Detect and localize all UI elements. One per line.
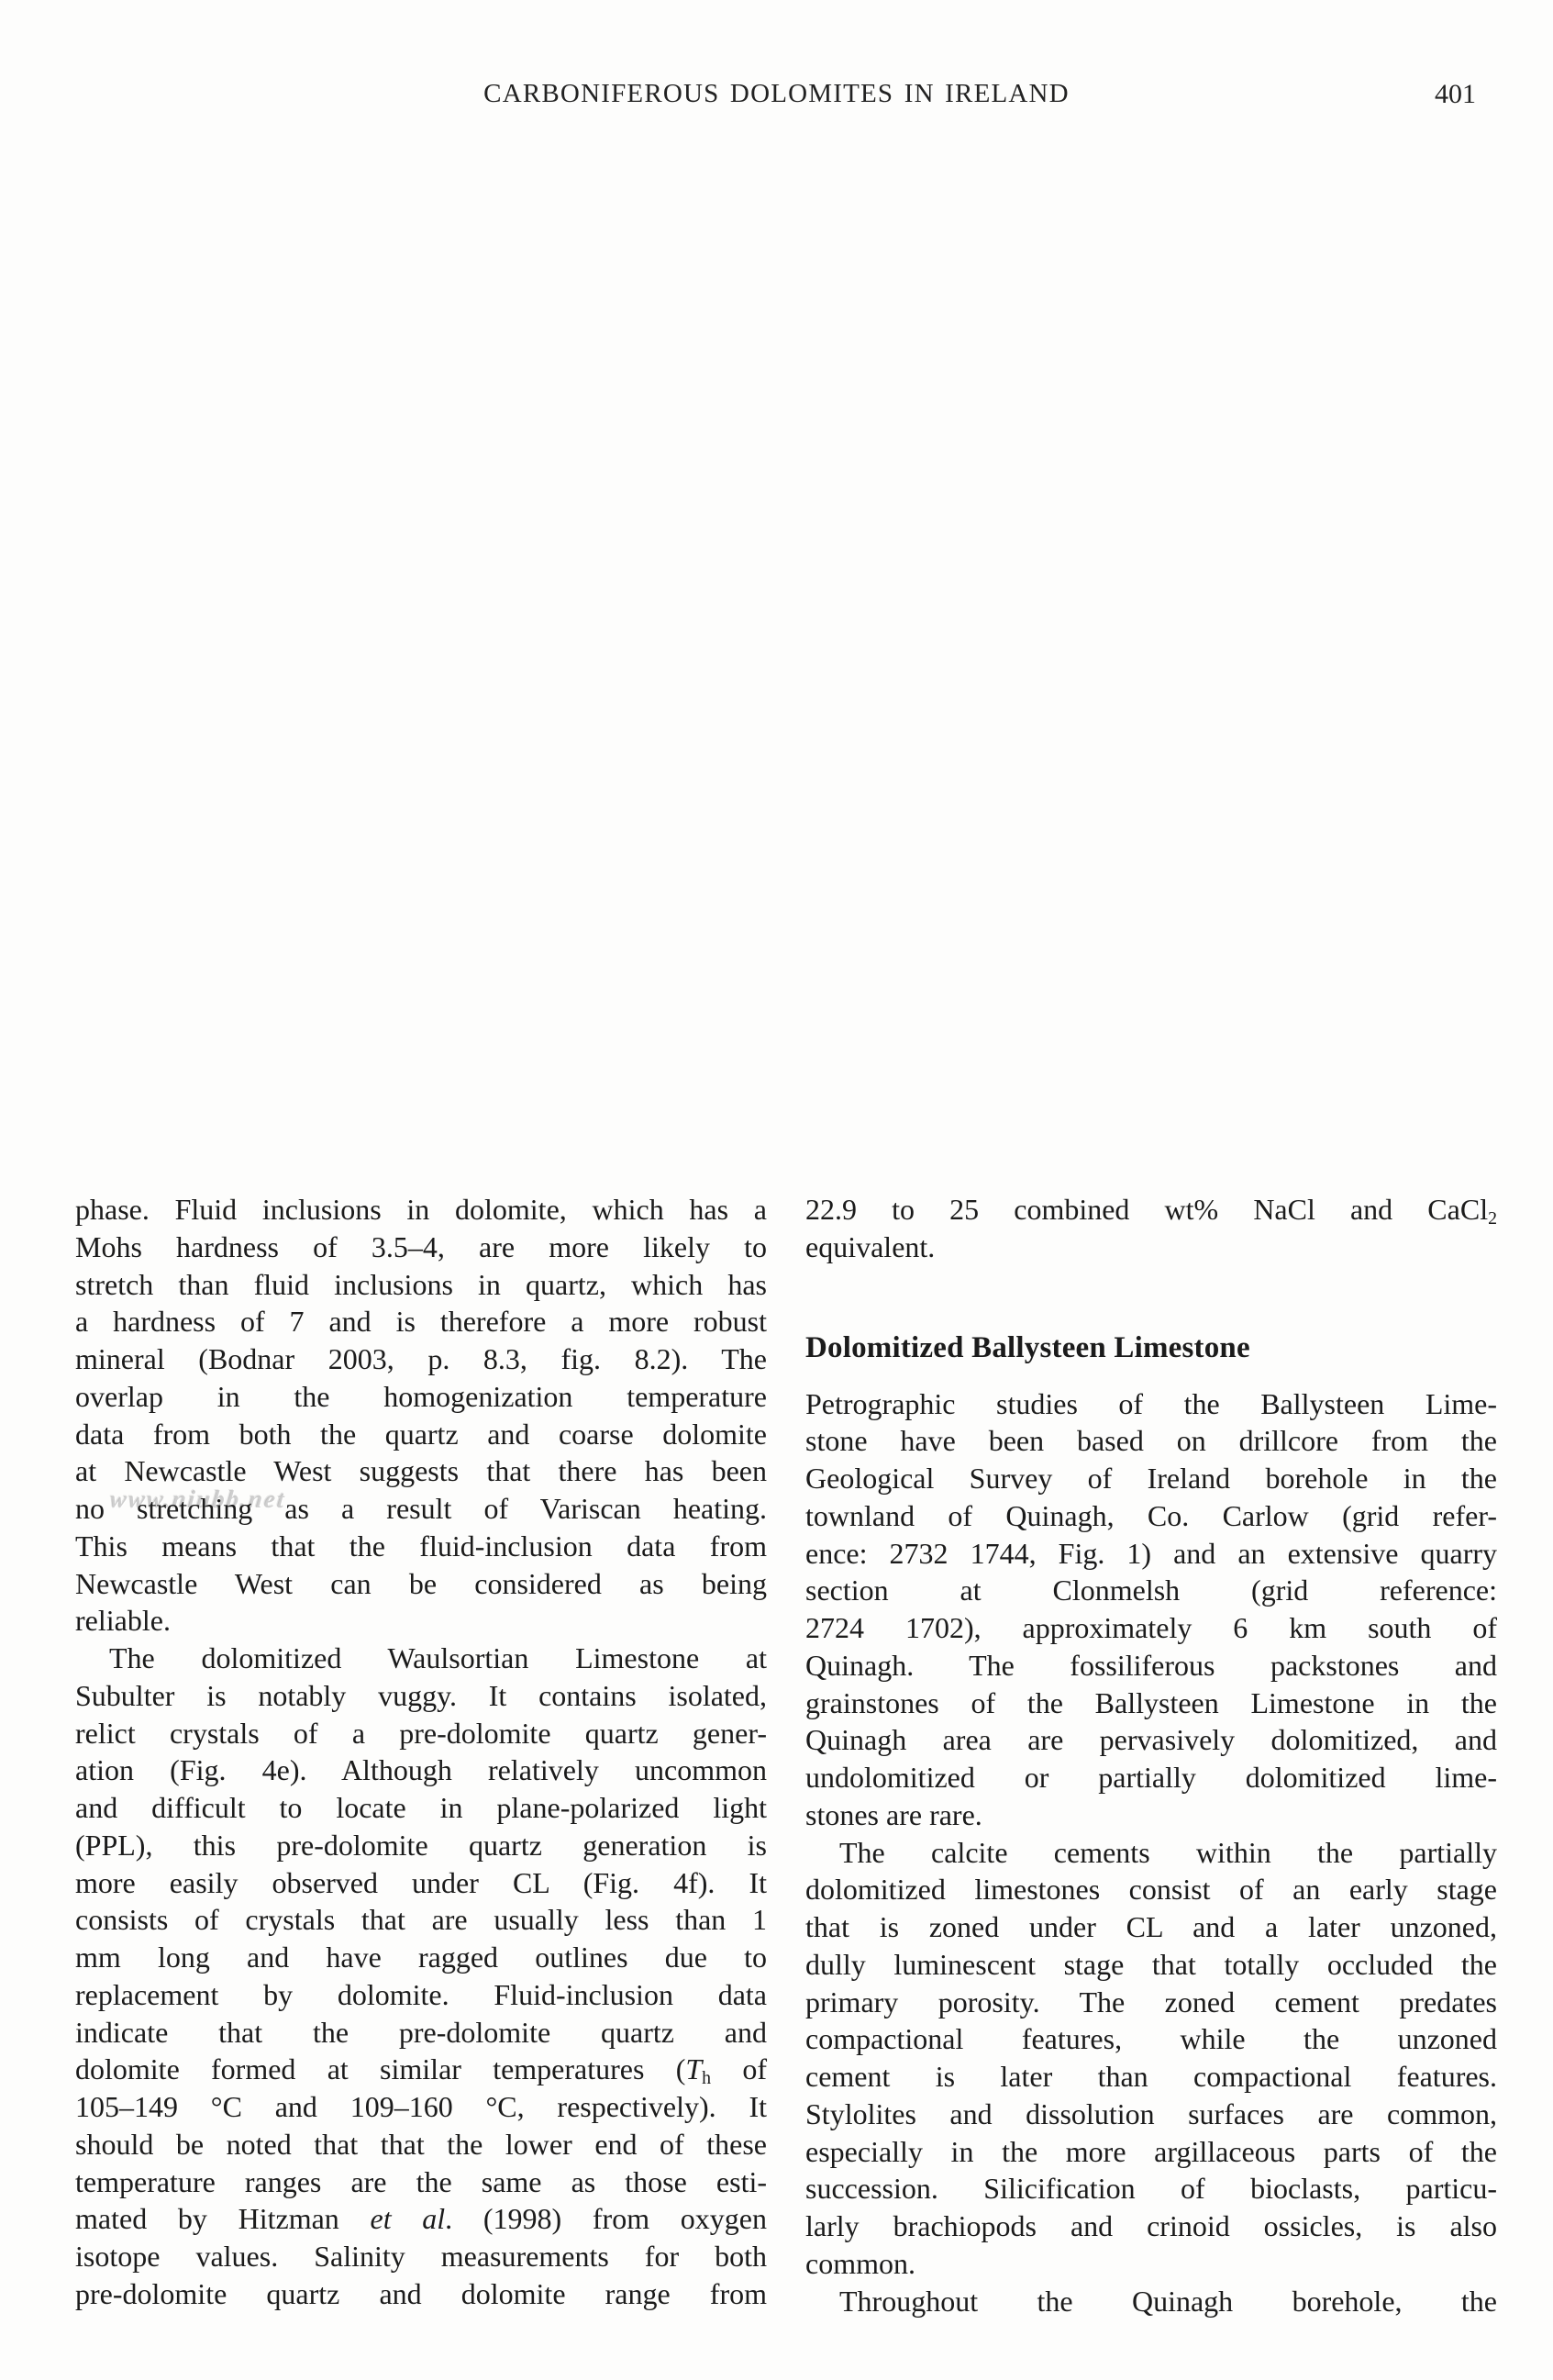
text-line: ation (Fig. 4e). Although relatively unc… bbox=[75, 1752, 767, 1789]
plain-text: . (1998) from oxygen bbox=[445, 2202, 767, 2235]
text-line: reliable. bbox=[75, 1602, 767, 1640]
text-line: townland of Quinagh, Co. Carlow (grid re… bbox=[805, 1497, 1497, 1535]
text-line: and difficult to locate in plane-polariz… bbox=[75, 1789, 767, 1827]
text-line: succession. Silicification of bioclasts,… bbox=[805, 2170, 1497, 2208]
text-line: mineral (Bodnar 2003, p. 8.3, fig. 8.2).… bbox=[75, 1340, 767, 1378]
text-line: compactional features, while the unzoned bbox=[805, 2020, 1497, 2058]
text-line: isotope values. Salinity measurements fo… bbox=[75, 2238, 767, 2275]
subscript-text: h bbox=[702, 2068, 711, 2088]
subscript-text: 2 bbox=[1488, 1208, 1497, 1229]
text-line: consists of crystals that are usually le… bbox=[75, 1901, 767, 1939]
text-line: phase. Fluid inclusions in dolomite, whi… bbox=[75, 1191, 767, 1229]
text-line: section at Clonmelsh (grid reference: bbox=[805, 1572, 1497, 1609]
text-line: overlap in the homogenization temperatur… bbox=[75, 1378, 767, 1416]
paragraph: Petrographic studies of the Ballysteen L… bbox=[805, 1385, 1497, 1834]
italic-text: T bbox=[685, 2052, 702, 2085]
paragraph: The dolomitized Waulsortian Limestone at… bbox=[75, 1640, 767, 2313]
text-line: Newcastle West can be considered as bein… bbox=[75, 1565, 767, 1603]
paragraph: Throughout the Quinagh borehole, the bbox=[805, 2283, 1497, 2320]
plain-text: mated by Hitzman bbox=[75, 2202, 370, 2235]
paragraph: The calcite cements within the partially… bbox=[805, 1834, 1497, 2283]
blank-figure-region bbox=[55, 119, 1498, 1156]
text-line: no stretching as a result of Variscan he… bbox=[75, 1490, 767, 1528]
text-line: at Newcastle West suggests that there ha… bbox=[75, 1452, 767, 1490]
text-line: pre-dolomite quartz and dolomite range f… bbox=[75, 2275, 767, 2313]
text-line: ence: 2732 1744, Fig. 1) and an extensiv… bbox=[805, 1535, 1497, 1573]
text-line: that is zoned under CL and a later unzon… bbox=[805, 1908, 1497, 1946]
page-header: CARBONIFEROUS DOLOMITES IN IRELAND 401 bbox=[0, 79, 1553, 112]
page-number: 401 bbox=[1435, 79, 1476, 110]
text-line: larly brachiopods and crinoid ossicles, … bbox=[805, 2208, 1497, 2245]
text-line: data from both the quartz and coarse dol… bbox=[75, 1416, 767, 1453]
text-line: Geological Survey of Ireland borehole in… bbox=[805, 1460, 1497, 1497]
text-line: common. bbox=[805, 2245, 1497, 2283]
text-line: replacement by dolomite. Fluid-inclusion… bbox=[75, 1976, 767, 2014]
text-line: The calcite cements within the partially bbox=[805, 1834, 1497, 1872]
text-line: 105–149 °C and 109–160 °C, respectively)… bbox=[75, 2088, 767, 2126]
text-line: This means that the fluid-inclusion data… bbox=[75, 1528, 767, 1565]
text-line: relict crystals of a pre-dolomite quartz… bbox=[75, 1715, 767, 1752]
paragraph: 22.9 to 25 combined wt% NaCl and CaCl2eq… bbox=[805, 1191, 1497, 1266]
italic-text: et al bbox=[370, 2202, 445, 2235]
section-heading: Dolomitized Ballysteen Limestone bbox=[805, 1328, 1497, 1368]
text-line: mm long and have ragged outlines due to bbox=[75, 1939, 767, 1976]
text-line: dully luminescent stage that totally occ… bbox=[805, 1946, 1497, 1984]
text-line: Petrographic studies of the Ballysteen L… bbox=[805, 1385, 1497, 1423]
text-line: a hardness of 7 and is therefore a more … bbox=[75, 1303, 767, 1340]
text-line: stone have been based on drillcore from … bbox=[805, 1422, 1497, 1460]
text-line: grainstones of the Ballysteen Limestone … bbox=[805, 1685, 1497, 1722]
document-page: CARBONIFEROUS DOLOMITES IN IRELAND 401 w… bbox=[0, 0, 1553, 2380]
text-line: Mohs hardness of 3.5–4, are more likely … bbox=[75, 1229, 767, 1266]
text-line: stretch than fluid inclusions in quartz,… bbox=[75, 1266, 767, 1304]
plain-text: of bbox=[711, 2052, 767, 2085]
text-line: more easily observed under CL (Fig. 4f).… bbox=[75, 1864, 767, 1902]
text-line: primary porosity. The zoned cement preda… bbox=[805, 1984, 1497, 2021]
text-line: Quinagh. The fossiliferous packstones an… bbox=[805, 1647, 1497, 1685]
text-line: should be noted that that the lower end … bbox=[75, 2126, 767, 2163]
left-column: phase. Fluid inclusions in dolomite, whi… bbox=[75, 1191, 767, 2313]
text-line: mated by Hitzman et al. (1998) from oxyg… bbox=[75, 2200, 767, 2238]
plain-text: dolomite formed at similar temperatures … bbox=[75, 2052, 685, 2085]
text-line: cement is later than compactional featur… bbox=[805, 2058, 1497, 2096]
text-line: temperature ranges are the same as those… bbox=[75, 2163, 767, 2201]
right-column: 22.9 to 25 combined wt% NaCl and CaCl2eq… bbox=[805, 1191, 1497, 2319]
text-line: 2724 1702), approximately 6 km south of bbox=[805, 1609, 1497, 1647]
text-line: 22.9 to 25 combined wt% NaCl and CaCl2 bbox=[805, 1191, 1497, 1229]
text-line: Quinagh area are pervasively dolomitized… bbox=[805, 1721, 1497, 1759]
paragraph: phase. Fluid inclusions in dolomite, whi… bbox=[75, 1191, 767, 1640]
text-line: equivalent. bbox=[805, 1229, 1497, 1266]
text-line: (PPL), this pre-dolomite quartz generati… bbox=[75, 1827, 767, 1864]
text-line: dolomite formed at similar temperatures … bbox=[75, 2051, 767, 2088]
text-line: undolomitized or partially dolomitized l… bbox=[805, 1759, 1497, 1796]
text-line: Subulter is notably vuggy. It contains i… bbox=[75, 1677, 767, 1715]
text-line: indicate that the pre-dolomite quartz an… bbox=[75, 2014, 767, 2052]
text-line: Stylolites and dissolution surfaces are … bbox=[805, 2096, 1497, 2133]
text-line: stones are rare. bbox=[805, 1796, 1497, 1834]
text-line: Throughout the Quinagh borehole, the bbox=[805, 2283, 1497, 2320]
text-line: dolomitized limestones consist of an ear… bbox=[805, 1871, 1497, 1908]
text-line: The dolomitized Waulsortian Limestone at bbox=[75, 1640, 767, 1677]
text-line: especially in the more argillaceous part… bbox=[805, 2133, 1497, 2171]
running-title: CARBONIFEROUS DOLOMITES IN IRELAND bbox=[0, 79, 1553, 109]
plain-text: 22.9 to 25 combined wt% NaCl and CaCl bbox=[805, 1193, 1488, 1226]
